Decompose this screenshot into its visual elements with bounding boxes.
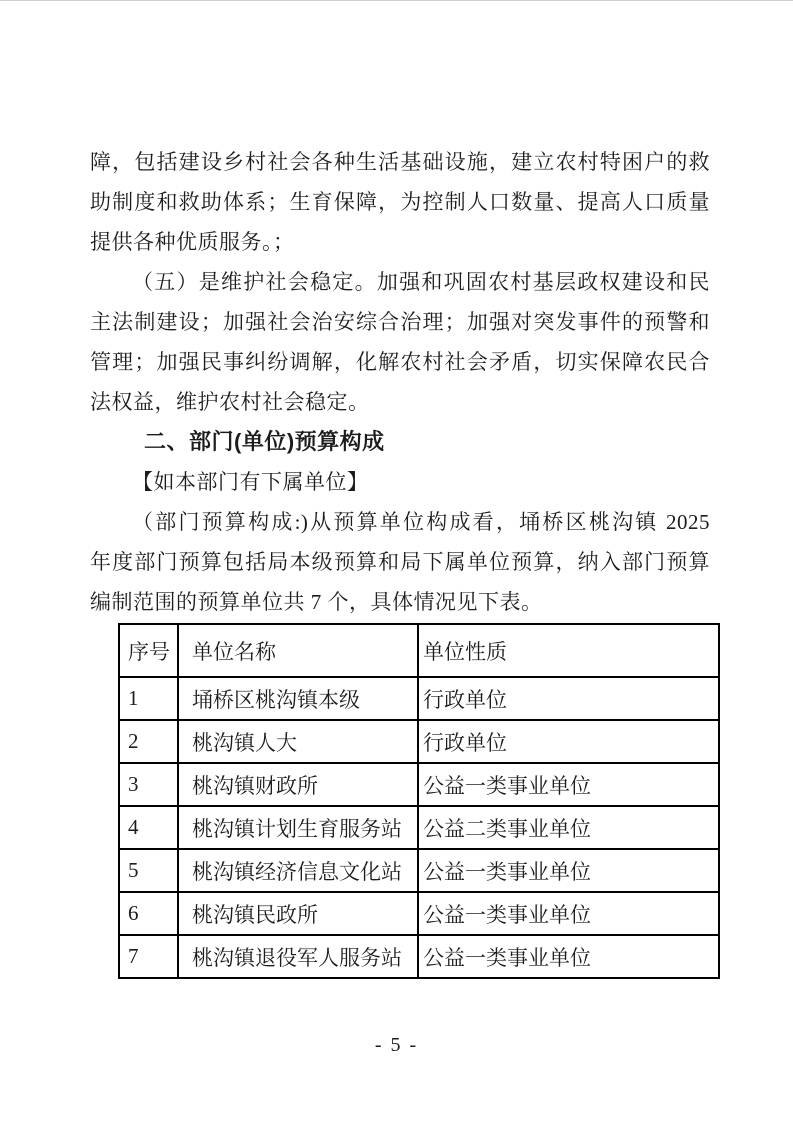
cell-serial: 7 [119,935,178,978]
cell-unit-name: 桃沟镇退役军人服务站 [178,935,418,978]
cell-unit-name: 桃沟镇人大 [178,720,418,763]
budget-units-table: 序号 单位名称 单位性质 1 埇桥区桃沟镇本级 行政单位 2 桃沟镇人大 行政单… [118,623,720,979]
section-heading: 二、部门(单位)预算构成 [90,422,710,462]
document-page: 障，包括建设乡村社会各种生活基础设施，建立农村特困户的救 助制度和救助体系；生育… [0,0,793,1123]
text-line: （五）是维护社会稳定。加强和巩固农村基层政权建设和民 [90,262,710,302]
cell-serial: 2 [119,720,178,763]
table-row: 6 桃沟镇民政所 公益一类事业单位 [119,892,719,935]
cell-unit-type: 公益一类事业单位 [418,763,719,806]
cell-unit-type: 行政单位 [418,720,719,763]
cell-unit-name: 桃沟镇财政所 [178,763,418,806]
cell-serial: 3 [119,763,178,806]
table-header-row: 序号 单位名称 单位性质 [119,624,719,677]
text-line: 管理；加强民事纠纷调解，化解农村社会矛盾，切实保障农民合 [90,342,710,382]
text-line: 年度部门预算包括局本级预算和局下属单位预算，纳入部门预算 [90,542,710,582]
cell-unit-name: 桃沟镇民政所 [178,892,418,935]
document-body: 障，包括建设乡村社会各种生活基础设施，建立农村特困户的救 助制度和救助体系；生育… [90,142,710,979]
text-line: 提供各种优质服务。； [90,222,710,262]
cell-serial: 6 [119,892,178,935]
text-line: 助制度和救助体系；生育保障，为控制人口数量、提高人口质量 [90,182,710,222]
table-header-cell-unit-type: 单位性质 [418,624,719,677]
cell-unit-type: 公益一类事业单位 [418,892,719,935]
cell-serial: 5 [119,849,178,892]
cell-unit-name: 桃沟镇计划生育服务站 [178,806,418,849]
text-line: 主法制建设；加强社会治安综合治理；加强对突发事件的预警和 [90,302,710,342]
cell-unit-type: 公益一类事业单位 [418,849,719,892]
table-row: 4 桃沟镇计划生育服务站 公益二类事业单位 [119,806,719,849]
cell-unit-type: 行政单位 [418,677,719,720]
cell-unit-type: 公益二类事业单位 [418,806,719,849]
table-row: 2 桃沟镇人大 行政单位 [119,720,719,763]
table-header-cell-unit-name: 单位名称 [178,624,418,677]
cell-serial: 1 [119,677,178,720]
text-line: 障，包括建设乡村社会各种生活基础设施，建立农村特困户的救 [90,142,710,182]
cell-unit-name: 埇桥区桃沟镇本级 [178,677,418,720]
cell-serial: 4 [119,806,178,849]
table-row: 5 桃沟镇经济信息文化站 公益一类事业单位 [119,849,719,892]
cell-unit-name: 桃沟镇经济信息文化站 [178,849,418,892]
bracket-note: 【如本部门有下属单位】 [90,462,710,502]
page-number: - 5 - [0,1034,793,1057]
table-row: 3 桃沟镇财政所 公益一类事业单位 [119,763,719,806]
text-line: 法权益，维护农村社会稳定。 [90,382,710,422]
table-row: 7 桃沟镇退役军人服务站 公益一类事业单位 [119,935,719,978]
text-line: （部门预算构成:)从预算单位构成看，埇桥区桃沟镇 2025 [90,502,710,542]
paragraph-budget-composition: （部门预算构成:)从预算单位构成看，埇桥区桃沟镇 2025 年度部门预算包括局本… [90,502,710,622]
paragraph-social-stability: （五）是维护社会稳定。加强和巩固农村基层政权建设和民 主法制建设；加强社会治安综… [90,262,710,422]
paragraph-social-security: 障，包括建设乡村社会各种生活基础设施，建立农村特困户的救 助制度和救助体系；生育… [90,142,710,262]
table-row: 1 埇桥区桃沟镇本级 行政单位 [119,677,719,720]
text-line: 编制范围的预算单位共 7 个，具体情况见下表。 [90,582,710,622]
cell-unit-type: 公益一类事业单位 [418,935,719,978]
table-header-cell-serial: 序号 [119,624,178,677]
